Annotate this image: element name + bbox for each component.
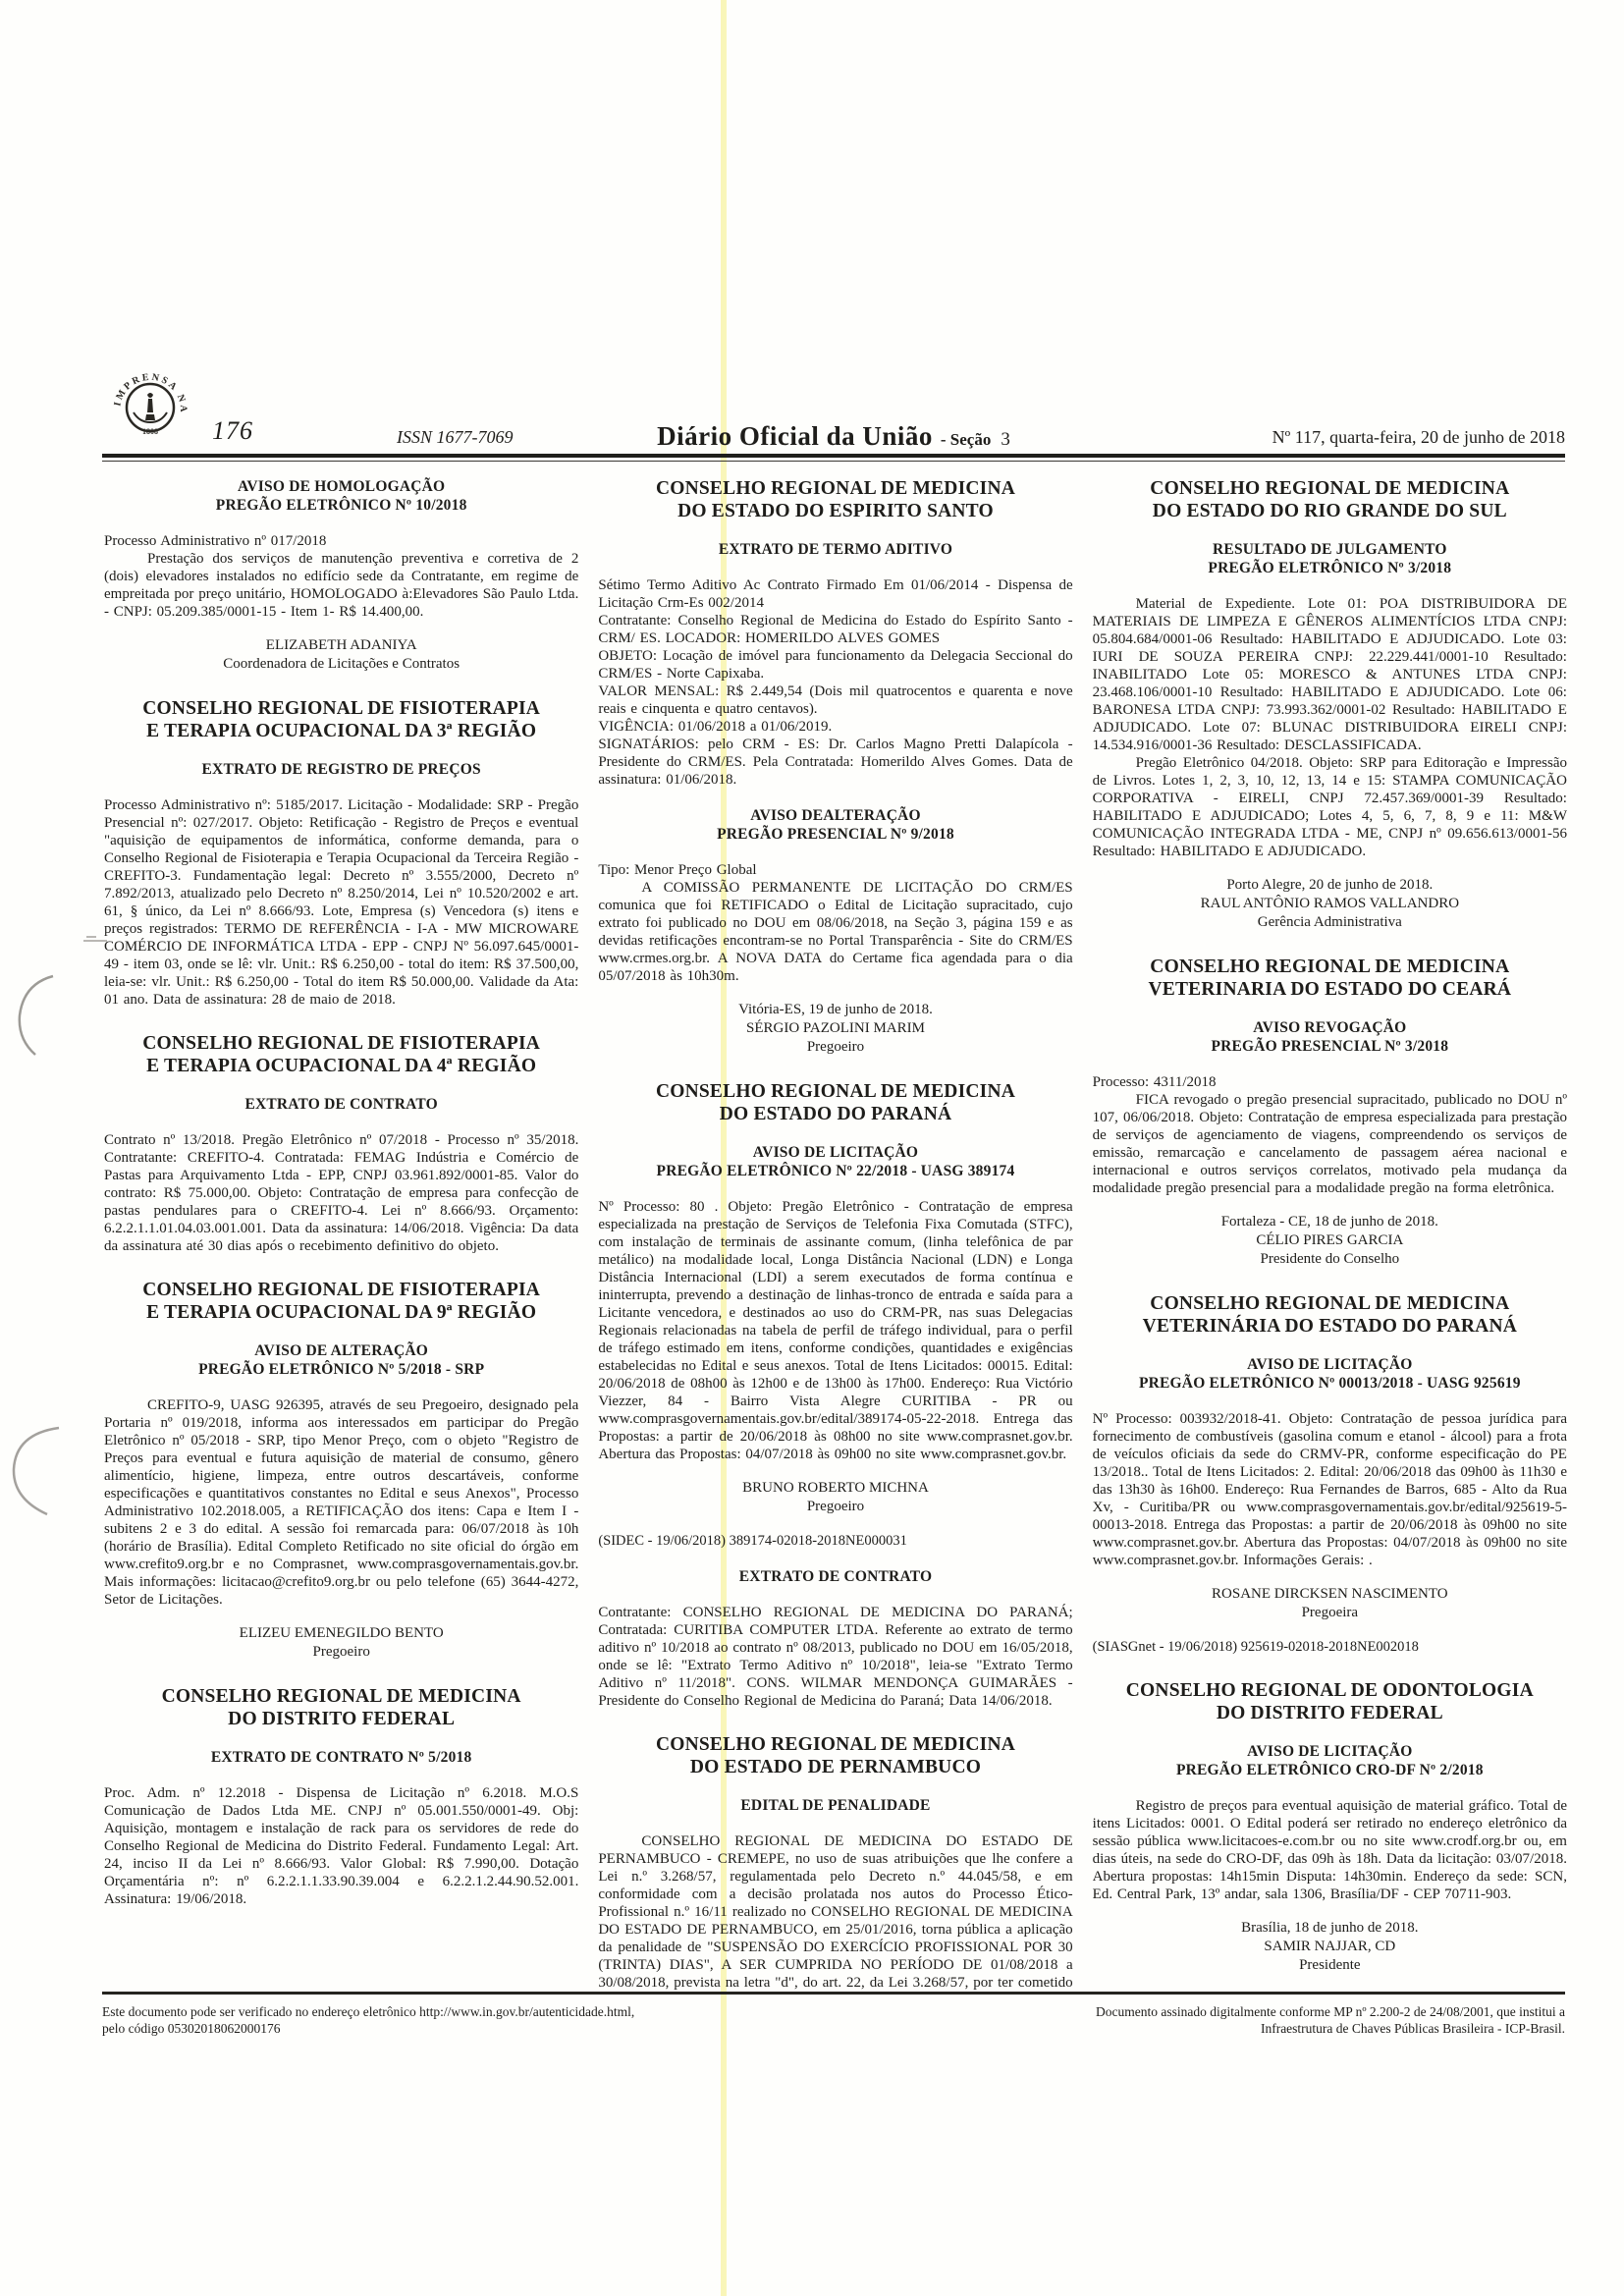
notice-heading: AVISO DE HOMOLOGAÇÃOPREGÃO ELETRÔNICO Nº… <box>108 477 574 515</box>
org-heading: CONSELHO REGIONAL DE FISIOTERAPIAE TERAP… <box>110 1032 572 1077</box>
page-header: IMPRENSA NACIONAL 1808 176 ISSN 1677-706… <box>102 365 1565 456</box>
scan-artifact-pen-mark <box>6 1422 65 1520</box>
notice-paragraph: Contrato nº 13/2018. Pregão Eletrônico n… <box>104 1131 578 1255</box>
signature-line: Presidente do Conselho <box>1093 1250 1567 1269</box>
system-reference: (SIDEC - 19/06/2018) 389174-02018-2018NE… <box>598 1532 1072 1550</box>
notice-paragraph: VIGÊNCIA: 01/06/2018 a 01/06/2019. <box>598 718 1072 736</box>
signature-line: Fortaleza - CE, 18 de junho de 2018. <box>1093 1213 1567 1231</box>
notice-paragraph: Sétimo Termo Aditivo Ac Contrato Firmado… <box>598 576 1072 612</box>
notice-paragraph: A COMISSÃO PERMANENTE DE LICITAÇÃO DO CR… <box>598 879 1072 985</box>
signature-line: Gerência Administrativa <box>1093 913 1567 932</box>
notice-heading: EXTRATO DE TERMO ADITIVO <box>602 540 1068 559</box>
column-2: CONSELHO REGIONAL DE MEDICINADO ESTADO D… <box>598 477 1072 1990</box>
signature-line: Vitória-ES, 19 de junho de 2018. <box>598 1001 1072 1019</box>
content-columns: AVISO DE HOMOLOGAÇÃOPREGÃO ELETRÔNICO Nº… <box>104 477 1567 1990</box>
signature-block: ELIZABETH ADANIYACoordenadora de Licitaç… <box>104 636 578 674</box>
notice-paragraph: Proc. Adm. nº 12.2018 - Dispensa de Lici… <box>104 1784 578 1908</box>
notice-heading: EXTRATO DE CONTRATO Nº 5/2018 <box>108 1748 574 1767</box>
notice-paragraph: Prestação dos serviços de manutenção pre… <box>104 550 578 621</box>
signature-line: SAMIR NAJJAR, CD <box>1093 1938 1567 1956</box>
notice-paragraph: CREFITO-9, UASG 926395, através de seu P… <box>104 1396 578 1609</box>
footer-verification-note: Este documento pode ser verificado no en… <box>102 2003 775 2037</box>
notice-paragraph: Contratante: CONSELHO REGIONAL DE MEDICI… <box>598 1604 1072 1710</box>
signature-line: ROSANE DIRCKSEN NASCIMENTO <box>1093 1585 1567 1604</box>
gazette-page: IMPRENSA NACIONAL 1808 176 ISSN 1677-706… <box>0 0 1624 2296</box>
notice-heading: EXTRATO DE CONTRATO <box>602 1567 1068 1586</box>
scan-artifact-pen-mark <box>10 972 59 1061</box>
signature-line: ELIZABETH ADANIYA <box>104 636 578 655</box>
notice-heading: EXTRATO DE REGISTRO DE PREÇOS <box>108 760 574 779</box>
signature-line: BRUNO ROBERTO MICHNA <box>598 1479 1072 1498</box>
signature-line: ELIZEU EMENEGILDO BENTO <box>104 1624 578 1643</box>
signature-line: RAUL ANTÔNIO RAMOS VALLANDRO <box>1093 895 1567 913</box>
signature-line: Pregoeiro <box>598 1038 1072 1057</box>
masthead-section-number: 3 <box>1001 429 1010 450</box>
edition-date: Nº 117, quarta-feira, 20 de junho de 201… <box>1272 427 1565 448</box>
column-1: AVISO DE HOMOLOGAÇÃOPREGÃO ELETRÔNICO Nº… <box>104 477 578 1990</box>
notice-paragraph: Processo Administrativo nº 017/2018 <box>104 532 578 550</box>
notice-paragraph: Nº Processo: 003932/2018-41. Objeto: Con… <box>1093 1410 1567 1569</box>
signature-block: BRUNO ROBERTO MICHNAPregoeiro <box>598 1479 1072 1516</box>
column-3: CONSELHO REGIONAL DE MEDICINADO ESTADO D… <box>1093 477 1567 1990</box>
notice-heading: AVISO DE LICITAÇÃOPREGÃO ELETRÔNICO Nº 0… <box>1097 1355 1563 1393</box>
org-heading: CONSELHO REGIONAL DE MEDICINADO ESTADO D… <box>604 477 1066 522</box>
system-reference: (SIASGnet - 19/06/2018) 925619-02018-201… <box>1093 1638 1567 1656</box>
footer-verification-line2: pelo código 05302018062000176 <box>102 2020 775 2037</box>
org-heading: CONSELHO REGIONAL DE MEDICINADO ESTADO D… <box>604 1080 1066 1125</box>
notice-paragraph: Pregão Eletrônico 04/2018. Objeto: SRP p… <box>1093 754 1567 860</box>
org-heading: CONSELHO REGIONAL DE FISIOTERAPIAE TERAP… <box>110 697 572 742</box>
notice-paragraph: FICA revogado o pregão presencial suprac… <box>1093 1091 1567 1197</box>
footer-signature-line2: Infraestrutura de Chaves Públicas Brasil… <box>863 2020 1565 2037</box>
footer-rule <box>102 1992 1565 1995</box>
notice-paragraph: Material de Expediente. Lote 01: POA DIS… <box>1093 595 1567 754</box>
notice-paragraph: Registro de preços para eventual aquisiç… <box>1093 1797 1567 1903</box>
masthead-section-label: - Seção <box>941 430 991 449</box>
notice-paragraph: SIGNATÁRIOS: pelo CRM - ES: Dr. Carlos M… <box>598 736 1072 789</box>
signature-line: Pregoeiro <box>104 1643 578 1662</box>
notice-paragraph: Processo Administrativo nº: 5185/2017. L… <box>104 796 578 1009</box>
notice-heading: AVISO DE LICITAÇÃOPREGÃO ELETRÔNICO CRO-… <box>1097 1742 1563 1779</box>
signature-block: Vitória-ES, 19 de junho de 2018.SÉRGIO P… <box>598 1001 1072 1057</box>
notice-paragraph: CONSELHO REGIONAL DE MEDICINA DO ESTADO … <box>598 1832 1072 1990</box>
signature-block: ELIZEU EMENEGILDO BENTOPregoeiro <box>104 1624 578 1662</box>
notice-paragraph: Contratante: Conselho Regional de Medici… <box>598 612 1072 647</box>
notice-paragraph: VALOR MENSAL: R$ 2.449,54 (Dois mil quat… <box>598 683 1072 718</box>
org-heading: CONSELHO REGIONAL DE MEDICINADO ESTADO D… <box>604 1733 1066 1778</box>
org-heading: CONSELHO REGIONAL DE MEDICINAVETERINÁRIA… <box>1099 1292 1561 1338</box>
org-heading: CONSELHO REGIONAL DE MEDICINADO DISTRITO… <box>110 1685 572 1730</box>
org-heading: CONSELHO REGIONAL DE MEDICINAVETERINARIA… <box>1099 956 1561 1001</box>
org-heading: CONSELHO REGIONAL DE ODONTOLOGIADO DISTR… <box>1099 1679 1561 1724</box>
notice-heading: RESULTADO DE JULGAMENTOPREGÃO ELETRÔNICO… <box>1097 540 1563 577</box>
notice-heading: AVISO DE ALTERAÇÃOPREGÃO ELETRÔNICO Nº 5… <box>108 1341 574 1379</box>
footer-signature-line1: Documento assinado digitalmente conforme… <box>863 2003 1565 2020</box>
signature-line: Brasília, 18 de junho de 2018. <box>1093 1919 1567 1938</box>
signature-block: Porto Alegre, 20 de junho de 2018.RAUL A… <box>1093 876 1567 932</box>
masthead-title: Diário Oficial da União <box>657 421 933 451</box>
org-heading: CONSELHO REGIONAL DE FISIOTERAPIAE TERAP… <box>110 1279 572 1324</box>
signature-line: SÉRGIO PAZOLINI MARIM <box>598 1019 1072 1038</box>
notice-heading: AVISO DEALTERAÇÃOPREGÃO PRESENCIAL Nº 9/… <box>602 806 1068 844</box>
org-heading: CONSELHO REGIONAL DE MEDICINADO ESTADO D… <box>1099 477 1561 522</box>
signature-line: CÉLIO PIRES GARCIA <box>1093 1231 1567 1250</box>
signature-block: Fortaleza - CE, 18 de junho de 2018.CÉLI… <box>1093 1213 1567 1269</box>
notice-paragraph: Nº Processo: 80 . Objeto: Pregão Eletrôn… <box>598 1198 1072 1463</box>
signature-line: Pregoeiro <box>598 1498 1072 1516</box>
header-rule <box>102 454 1565 462</box>
notice-heading: EDITAL DE PENALIDADE <box>602 1796 1068 1815</box>
notice-paragraph: Tipo: Menor Preço Global <box>598 861 1072 879</box>
signature-block: Brasília, 18 de junho de 2018.SAMIR NAJJ… <box>1093 1919 1567 1975</box>
signature-line: Pregoeira <box>1093 1604 1567 1622</box>
signature-line: Porto Alegre, 20 de junho de 2018. <box>1093 876 1567 895</box>
notice-heading: EXTRATO DE CONTRATO <box>108 1095 574 1114</box>
signature-line: Coordenadora de Licitações e Contratos <box>104 655 578 674</box>
signature-block: ROSANE DIRCKSEN NASCIMENTOPregoeira <box>1093 1585 1567 1622</box>
signature-line: Presidente <box>1093 1956 1567 1975</box>
footer-signature-note: Documento assinado digitalmente conforme… <box>863 2003 1565 2037</box>
notice-heading: AVISO DE LICITAÇÃOPREGÃO ELETRÔNICO Nº 2… <box>602 1143 1068 1180</box>
notice-heading: AVISO REVOGAÇÃOPREGÃO PRESENCIAL Nº 3/20… <box>1097 1018 1563 1056</box>
notice-paragraph: OBJETO: Locação de imóvel para funcionam… <box>598 647 1072 683</box>
footer-verification-line1: Este documento pode ser verificado no en… <box>102 2003 775 2020</box>
notice-paragraph: Processo: 4311/2018 <box>1093 1073 1567 1091</box>
